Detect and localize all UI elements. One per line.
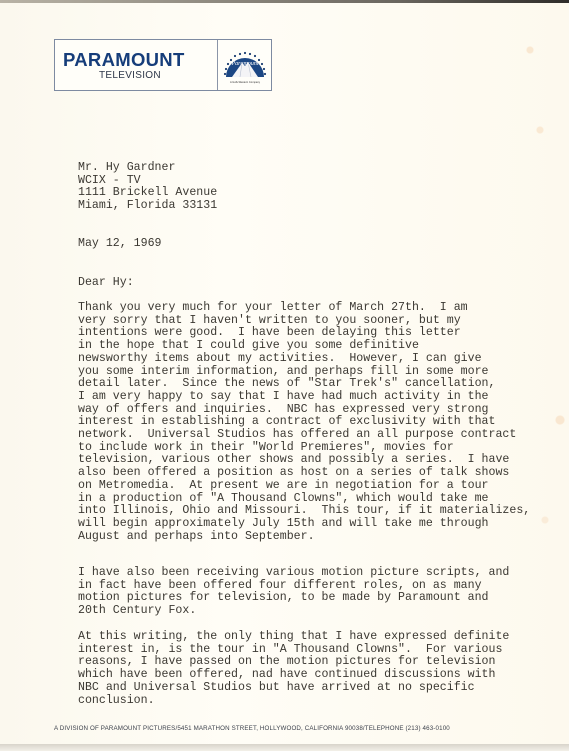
letter-page: PARAMOUNT TELEVISION Paramount A Gulf+We… [0,0,569,751]
scan-bottom-edge [0,744,569,751]
svg-text:A Gulf+Western Company: A Gulf+Western Company [230,80,261,84]
letter-date: May 12, 1969 [78,238,162,251]
recipient-line: 1111 Brickell Avenue [78,186,217,199]
company-name: PARAMOUNT [63,49,185,71]
body-paragraph-3: At this writing, the only thing that I h… [78,631,509,707]
recipient-address: Mr. Hy Gardner WCIX - TV 1111 Brickell A… [78,162,217,213]
letterhead-logo: PARAMOUNT TELEVISION Paramount A Gulf+We… [54,39,272,91]
letterhead-footer: A DIVISION OF PARAMOUNT PICTURES/5451 MA… [54,725,450,732]
logo-wordmark: PARAMOUNT TELEVISION [55,40,218,90]
division-name: TELEVISION [99,70,161,81]
svg-text:Paramount: Paramount [231,61,259,67]
recipient-line: Mr. Hy Gardner [78,161,175,174]
recipient-line: WCIX - TV [78,174,141,187]
recipient-line: Miami, Florida 33131 [78,199,217,212]
scan-top-edge [0,0,569,3]
salutation: Dear Hy: [78,277,134,290]
body-paragraph-1: Thank you very much for your letter of M… [78,302,530,543]
body-paragraph-2: I have also been receiving various motio… [78,567,509,618]
paramount-mountain-icon: Paramount A Gulf+Western Company [218,40,271,90]
